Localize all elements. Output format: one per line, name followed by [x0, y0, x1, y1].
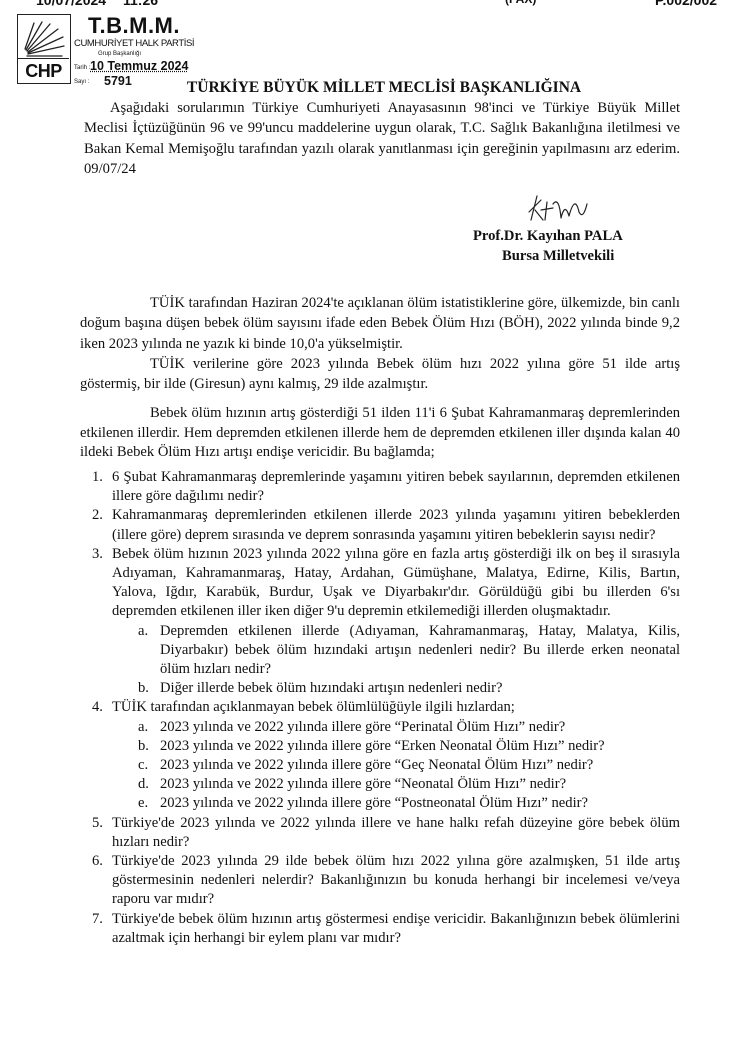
fax-time: 11:26: [123, 0, 158, 8]
fax-date: 10/07/2024: [36, 0, 106, 8]
question-item: 6.Türkiye'de 2023 yılında 29 ilde bebek …: [80, 852, 680, 910]
sub-question-letter: d.: [138, 775, 149, 794]
sub-question-item: c.2023 yılında ve 2022 yılında illere gö…: [80, 756, 680, 775]
question-number: 7.: [92, 910, 103, 929]
sub-question-letter: a.: [138, 622, 148, 641]
question-number: 1.: [92, 468, 103, 487]
institution-name: T.B.M.M.: [88, 13, 180, 39]
chp-six-arrows-icon: [18, 15, 69, 59]
sub-question-text: 2023 yılında ve 2022 yılında illere göre…: [160, 795, 588, 811]
sub-question-item: b.2023 yılında ve 2022 yılında illere gö…: [80, 737, 680, 756]
intro-paragraph: Aşağıdaki sorularımın Türkiye Cumhuriyet…: [84, 98, 680, 180]
fax-header: 10/07/2024 11:26 (FAX) P.002/002: [0, 0, 750, 8]
date-label: Tarih :: [74, 65, 90, 71]
body-paragraph: TÜİK tarafından Haziran 2024'te açıklana…: [80, 293, 680, 354]
sub-question-letter: e.: [138, 794, 148, 813]
question-number: 6.: [92, 852, 103, 871]
body-paragraph: Bebek ölüm hızının artış gösterdiği 51 i…: [80, 404, 680, 463]
sub-question-letter: b.: [138, 737, 149, 756]
question-item: 1.6 Şubat Kahramanmaraş depremlerinde ya…: [80, 468, 680, 506]
sub-question-text: Depremden etkilenen illerde (Adıyaman, K…: [160, 623, 680, 677]
question-text: Türkiye'de bebek ölüm hızının artış göst…: [112, 911, 680, 946]
office-name: Grup Başkanlığı: [98, 51, 141, 57]
fax-page-number: P.002/002: [655, 0, 717, 8]
body-paragraph: TÜİK verilerine göre 2023 yılında Bebek …: [80, 354, 680, 395]
sub-question-letter: a.: [138, 718, 148, 737]
question-item: 5.Türkiye'de 2023 yılında ve 2022 yılınd…: [80, 814, 680, 852]
sub-question-text: 2023 yılında ve 2022 yılında illere göre…: [160, 719, 565, 735]
sub-question-letter: c.: [138, 756, 148, 775]
sub-question-item: b.Diğer illerde bebek ölüm hızındaki art…: [80, 679, 680, 698]
question-text: Kahramanmaraş depremlerinden etkilenen i…: [112, 507, 680, 542]
party-logo: CHP: [17, 14, 71, 84]
party-name: CUMHURİYET HALK PARTİSİ: [74, 38, 194, 49]
handwritten-signature-icon: [525, 190, 595, 226]
signatory-role: Bursa Milletvekili: [502, 248, 614, 265]
question-text: Türkiye'de 2023 yılında 29 ilde bebek öl…: [112, 853, 680, 907]
signatory-name: Prof.Dr. Kayıhan PALA: [473, 228, 623, 245]
question-item: 4.TÜİK tarafından açıklanmayan bebek ölü…: [80, 698, 680, 717]
sub-question-item: a.2023 yılında ve 2022 yılında illere gö…: [80, 718, 680, 737]
question-text: TÜİK tarafından açıklanmayan bebek ölüml…: [112, 699, 515, 715]
question-text: Bebek ölüm hızının 2023 yılında 2022 yıl…: [112, 546, 680, 620]
question-item: 2.Kahramanmaraş depremlerinden etkilenen…: [80, 506, 680, 544]
question-number: 4.: [92, 698, 103, 717]
sub-question-text: 2023 yılında ve 2022 yılında illere göre…: [160, 776, 566, 792]
question-text: Türkiye'de 2023 yılında ve 2022 yılında …: [112, 815, 680, 850]
sub-question-text: 2023 yılında ve 2022 yılında illere göre…: [160, 757, 593, 773]
question-item: 3.Bebek ölüm hızının 2023 yılında 2022 y…: [80, 545, 680, 622]
question-item: 7.Türkiye'de bebek ölüm hızının artış gö…: [80, 910, 680, 948]
sub-question-text: 2023 yılında ve 2022 yılında illere göre…: [160, 738, 605, 754]
question-number: 2.: [92, 506, 103, 525]
question-list: 1.6 Şubat Kahramanmaraş depremlerinde ya…: [80, 468, 680, 948]
date-value: 10 Temmuz 2024: [90, 59, 188, 73]
sub-question-item: e.2023 yılında ve 2022 yılında illere gö…: [80, 794, 680, 813]
question-number: 3.: [92, 545, 103, 564]
sub-question-letter: b.: [138, 679, 149, 698]
fax-mode: (FAX): [505, 0, 536, 6]
sub-question-item: a.Depremden etkilenen illerde (Adıyaman,…: [80, 622, 680, 680]
question-number: 5.: [92, 814, 103, 833]
sub-question-item: d.2023 yılında ve 2022 yılında illere gö…: [80, 775, 680, 794]
question-text: 6 Şubat Kahramanmaraş depremlerinde yaşa…: [112, 469, 680, 504]
document-title: TÜRKİYE BÜYÜK MİLLET MECLİSİ BAŞKANLIĞIN…: [0, 79, 750, 97]
sub-question-text: Diğer illerde bebek ölüm hızındaki artış…: [160, 680, 502, 696]
